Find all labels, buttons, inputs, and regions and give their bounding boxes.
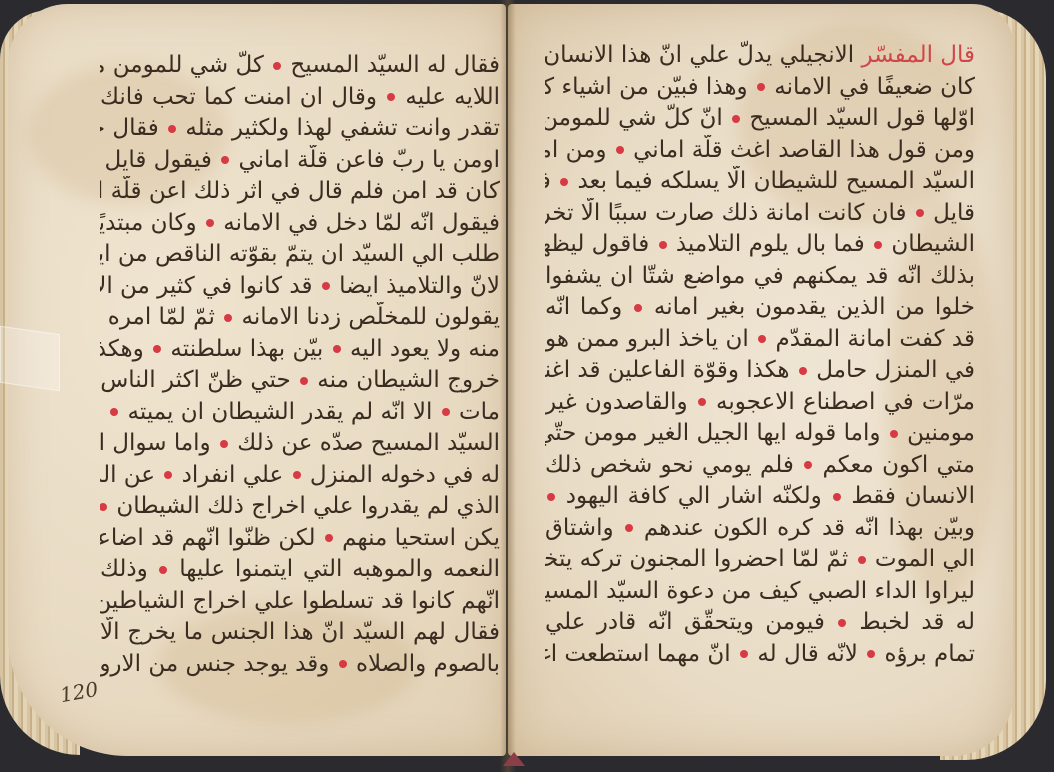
- text-line: مرّات في اصطناع الاعجوبه والقاصدون غير: [545, 387, 975, 419]
- red-verse-dot: [833, 493, 841, 501]
- red-verse-dot: [858, 556, 866, 564]
- red-verse-dot: [625, 524, 633, 532]
- text-line: متي اكون معكم فلم يومي نحو شخص ذلك: [545, 450, 975, 482]
- text-line: في المنزل حامل هكذا وقوّة الفاعلين قد اغ…: [545, 355, 975, 387]
- text-line: النعمه والموهبه التي ايتمنوا عليها وذلك: [100, 554, 500, 586]
- red-verse-dot: [804, 461, 812, 469]
- text-line: مات الا انّه لم يقدر الشيطان ان يميته لا…: [100, 397, 500, 429]
- text-line: الشيطان فما بال يلوم التلاميذ فاقول ليظه…: [545, 229, 975, 261]
- text-line: خلوا من الذين يقدمون بغير امانه وكما انّ…: [545, 292, 975, 324]
- text-line: طلب الي السيّد ان يتمّ بقوّته الناقص من …: [100, 239, 500, 271]
- red-verse-dot: [442, 408, 450, 416]
- red-verse-dot: [616, 146, 624, 154]
- text-line: ومن قول هذا القاصد اغث قلّة اماني ومن ام…: [545, 135, 975, 167]
- red-verse-dot: [867, 650, 875, 658]
- text-line: كان قد امن فلم قال في اثر ذلك اعن قلّة ا…: [100, 176, 500, 208]
- text-line: الي الموت ثمّ لمّا احضروا المجنون تركه ي…: [545, 544, 975, 576]
- red-verse-dot: [547, 493, 555, 501]
- text-line: الانسان فقط ولكنّه اشار الي كافة اليهود: [545, 481, 975, 513]
- red-verse-dot: [159, 566, 167, 574]
- red-verse-dot: [206, 219, 214, 227]
- red-verse-dot: [220, 440, 228, 448]
- red-verse-dot: [698, 398, 706, 406]
- text-line: الذي لم يقدروا علي اخراج ذلك الشيطان فلم: [100, 491, 500, 523]
- text-line: قايل فان كانت امانة ذلك صارت سببًا الّا …: [545, 198, 975, 230]
- red-verse-dot: [874, 241, 882, 249]
- red-verse-dot: [300, 377, 308, 385]
- red-verse-dot: [221, 156, 229, 164]
- red-verse-dot: [799, 367, 807, 375]
- repair-tape: [0, 326, 60, 391]
- red-verse-dot: [164, 471, 172, 479]
- text-line: خروج الشيطان منه حتي ظنّ اكثر الناس انّه…: [100, 365, 500, 397]
- red-verse-dot: [560, 178, 568, 186]
- text-line: فقال له السيّد المسيح كلّ شي للمومن ممكن…: [100, 50, 500, 82]
- text-line: منه ولا يعود اليه بيّن بهذا سلطنته وهكذا: [100, 334, 500, 366]
- right-page-text: قال المفسّر الانجيلي يدلّ علي انّ هذا ال…: [545, 40, 975, 670]
- text-line: السيّد المسيح للشيطان الّا يسلكه فيما بع…: [545, 166, 975, 198]
- text-line: الانجيلي يدلّ علي انّ هذا الانسان: [545, 42, 854, 68]
- red-verse-dot: [659, 241, 667, 249]
- red-verse-dot: [890, 430, 898, 438]
- red-verse-dot: [634, 304, 642, 312]
- text-line: تقدر وانت تشفي لهذا ولكثير مثله فقال حين…: [100, 113, 500, 145]
- red-verse-dot: [100, 503, 107, 511]
- text-line: السيّد المسيح صدّه عن ذلك واما سوال التل…: [100, 428, 500, 460]
- text-line: بالصوم والصلاه وقد يوجد جنس من الارواح: [100, 649, 500, 681]
- text-line: مومنين واما قوله ايها الجيل الغير مومن ح…: [545, 418, 975, 450]
- red-verse-dot: [224, 314, 232, 322]
- text-line: بذلك انّه قد يمكنهم في مواضع شتّا ان يشف…: [545, 261, 975, 293]
- text-line: انّهم كانوا قد تسلطوا علي اخراج الشياطين…: [100, 586, 500, 618]
- red-verse-dot: [168, 125, 176, 133]
- red-verse-dot: [757, 83, 765, 91]
- text-line: اللايه عليه وقال ان امنت كما تحب فانك: [100, 82, 500, 114]
- manuscript-photo: فقال له السيّد المسيح كلّ شي للمومن ممكن…: [0, 0, 1054, 772]
- red-verse-dot: [153, 345, 161, 353]
- red-verse-dot: [732, 115, 740, 123]
- red-verse-dot: [387, 93, 395, 101]
- text-line: وبيّن بهذا انّه قد كره الكون عندهم واشتا…: [545, 513, 975, 545]
- text-line: لانّ والتلاميذ ايضا قد كانوا في كثير من …: [100, 271, 500, 303]
- red-verse-dot: [325, 534, 333, 542]
- red-verse-dot: [838, 619, 846, 627]
- rubric-heading: قال المفسّر: [861, 42, 975, 68]
- red-verse-dot: [293, 471, 301, 479]
- text-line: قد كفت امانة المقدّم ان ياخذ البرو ممن ه…: [545, 324, 975, 356]
- red-verse-dot: [339, 660, 347, 668]
- left-page-text: فقال له السيّد المسيح كلّ شي للمومن ممكن…: [100, 50, 500, 680]
- red-verse-dot: [758, 335, 766, 343]
- text-line: ليراوا الداء الصبي كيف من دعوة السيّد ال…: [545, 576, 975, 608]
- text-line: اوّلها قول السيّد المسيح انّ كلّ شي للمو…: [545, 103, 975, 135]
- text-line: له قد لخبط فيومن ويتحقّق انّه قادر علي: [545, 607, 975, 639]
- text-line-with-rubric: قال المفسّر الانجيلي يدلّ علي انّ هذا ال…: [545, 40, 975, 72]
- red-verse-dot: [740, 650, 748, 658]
- text-line: اومن يا ربّ فاعن قلّة اماني فيقول قايل ا…: [100, 145, 500, 177]
- text-line: كان ضعيفًا في الامانه وهذا فبيّن من اشيا…: [545, 72, 975, 104]
- text-line: تمام برؤه لانّه قال له انّ مهما استطعت ا…: [545, 639, 975, 671]
- red-verse-dot: [916, 209, 924, 217]
- book-gutter: [500, 0, 516, 772]
- text-line: فقال لهم السيّد انّ هذا الجنس ما يخرج ال…: [100, 617, 500, 649]
- red-verse-dot: [110, 408, 118, 416]
- text-line: يكن استحيا منهم لكن ظنّوا انّهم قد اضاعو…: [100, 523, 500, 555]
- red-verse-dot: [322, 282, 330, 290]
- red-verse-dot: [333, 345, 341, 353]
- text-line: فيقول انّه لمّا دخل في الامانه وكان مبتد…: [100, 208, 500, 240]
- text-line: يقولون للمخلّص زدنا الامانه ثمّ لمّا امر…: [100, 302, 500, 334]
- red-verse-dot: [273, 62, 281, 70]
- text-line: له في دخوله المنزل علي انفراد عن السبب: [100, 460, 500, 492]
